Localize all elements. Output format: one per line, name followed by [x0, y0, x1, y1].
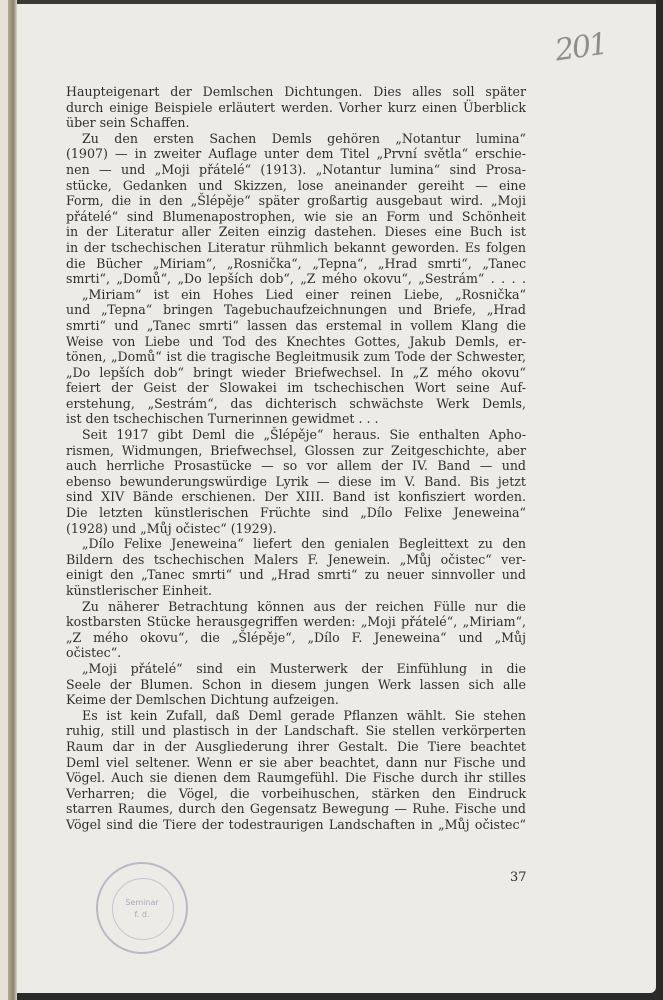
text-line: Form, die in den „Šlépěje“ später großar…	[66, 193, 526, 209]
library-stamp: Seminar f. d.	[96, 862, 188, 954]
text-line: auch herrliche Prosastücke — so vor alle…	[66, 458, 526, 474]
text-line: und „Tepna“ bringen Tagebuchaufzeichnung…	[66, 302, 526, 318]
text-line: „Do lepších dob“ bringt wieder Briefwech…	[66, 365, 526, 381]
text-line: Haupteigenart der Demlschen Dichtungen. …	[66, 84, 526, 100]
text-line: durch einige Beispiele erläutert werden.…	[66, 100, 526, 116]
stamp-text-line1: Seminar	[98, 898, 186, 907]
text-line: (1907) — in zweiter Auflage unter dem Ti…	[66, 146, 526, 162]
text-line: über sein Schaffen.	[66, 115, 526, 131]
text-line: erstehung, „Sestrám“, das dichterisch sc…	[66, 396, 526, 412]
text-line: künstlerischer Einheit.	[66, 583, 526, 599]
text-line: ebenso bewunderungswürdige Lyrik — diese…	[66, 474, 526, 490]
handwritten-folio-number: 201	[553, 27, 609, 69]
stamp-text-line2: f. d.	[98, 910, 186, 919]
text-line: in der Literatur aller Zeiten einzig das…	[66, 224, 526, 240]
text-line: „Dílo Felixe Jeneweina“ liefert den geni…	[66, 536, 526, 552]
text-line: nen — und „Moji přátelé“ (1913). „Notant…	[66, 162, 526, 178]
text-line: Vögel sind die Tiere der todestraurigen …	[66, 817, 526, 833]
text-line: smrti“ und „Tanec smrti“ lassen das erst…	[66, 318, 526, 334]
text-line: die Bücher „Miriam“, „Rosnička“, „Tepna“…	[66, 256, 526, 272]
text-line: přátelé“ sind Blumenapostrophen, wie sie…	[66, 209, 526, 225]
text-line: očistec“.	[66, 645, 526, 661]
page-number: 37	[510, 870, 527, 885]
scan-right-edge	[656, 0, 663, 1000]
text-line: Deml viel seltener. Wenn er sie aber bea…	[66, 755, 526, 771]
text-line: Verharren; die Vögel, die vorbeihuschen,…	[66, 786, 526, 802]
text-line: tönen, „Domů“ ist die tragische Begleitm…	[66, 349, 526, 365]
text-line: feiert der Geist der Slowakei im tschech…	[66, 380, 526, 396]
text-line: rismen, Widmungen, Briefwechsel, Glossen…	[66, 443, 526, 459]
text-line: „Moji přátelé“ sind ein Musterwerk der E…	[66, 661, 526, 677]
text-line: Raum dar in der Ausgliederung ihrer Gest…	[66, 739, 526, 755]
text-line: einigt den „Tanec smrti“ und „Hrad smrti…	[66, 567, 526, 583]
text-line: Seele der Blumen. Schon in diesem jungen…	[66, 677, 526, 693]
text-line: Weise von Liebe und Tod des Knechtes Got…	[66, 334, 526, 350]
text-line: Vögel. Auch sie dienen dem Raumgefühl. D…	[66, 770, 526, 786]
text-line: Keime der Demlschen Dichtung aufzeigen.	[66, 692, 526, 708]
binding-shadow	[8, 0, 17, 1000]
text-line: Die letzten künstlerischen Früchte sind …	[66, 505, 526, 521]
text-line: smrti“, „Domů“, „Do lepších dob“, „Z méh…	[66, 271, 526, 287]
text-line: sind XIV Bände erschienen. Der XIII. Ban…	[66, 489, 526, 505]
text-line: Es ist kein Zufall, daß Deml gerade Pfla…	[66, 708, 526, 724]
text-line: Zu näherer Betrachtung können aus der re…	[66, 599, 526, 615]
text-line: „Miriam“ ist ein Hohes Lied einer reinen…	[66, 287, 526, 303]
text-line: in der tschechischen Literatur rühmlich …	[66, 240, 526, 256]
text-line: Zu den ersten Sachen Demls gehören „Nota…	[66, 131, 526, 147]
body-text: Haupteigenart der Demlschen Dichtungen. …	[66, 84, 526, 833]
text-line: (1928) und „Můj očistec“ (1929).	[66, 521, 526, 537]
text-line: kostbarsten Stücke herausgegriffen werde…	[66, 614, 526, 630]
library-stamp-inner-ring	[112, 878, 174, 940]
text-line: stücke, Gedanken und Skizzen, lose anein…	[66, 178, 526, 194]
text-line: „Z mého okovu“, die „Šlépěje“, „Dílo F. …	[66, 630, 526, 646]
text-line: Seit 1917 gibt Deml die „Šlépěje“ heraus…	[66, 427, 526, 443]
text-line: Bildern des tschechischen Malers F. Jene…	[66, 552, 526, 568]
text-line: ist den tschechischen Turnerinnen gewidm…	[66, 411, 526, 427]
text-line: starren Raumes, durch den Gegensatz Bewe…	[66, 801, 526, 817]
text-line: ruhig, still und plastisch in der Landsc…	[66, 723, 526, 739]
